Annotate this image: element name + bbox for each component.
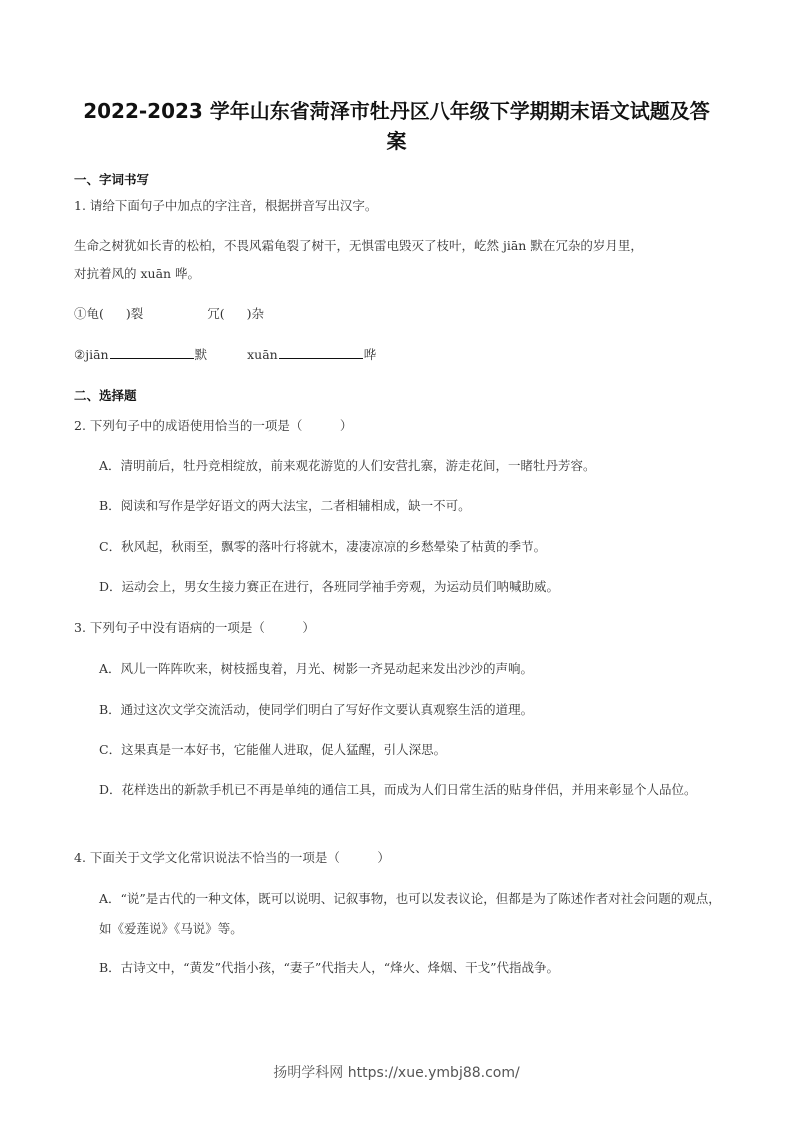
question-2-option-b: B．阅读和写作是学好语文的两大法宝，二者相辅相成，缺一不可。 (99, 498, 471, 514)
section-heading-1: 一、字词书写 (74, 170, 149, 188)
question-text: 下面关于文学文化常识说法不恰当的一项是（ ） (90, 850, 390, 865)
question-2-option-d: D．运动会上，男女生接力赛正在进行，各班同学袖手旁观，为运动员们呐喊助威。 (99, 579, 559, 595)
question-text: 请给下面句子中加点的字注音，根据拼音写出汉字。 (90, 198, 378, 213)
section-heading-2: 二、选择题 (74, 386, 137, 404)
question-3-option-b: B．通过这次文学交流活动，使同学们明白了写好作文要认真观察生活的道理。 (99, 702, 533, 718)
sub2-after: 默 (195, 347, 208, 362)
question-text: 下列句子中的成语使用恰当的一项是（ ） (90, 418, 353, 433)
question-3-option-a: A．风儿一阵阵吹来，树枝摇曳着，月光、树影一齐晃动起来发出沙沙的声响。 (99, 661, 533, 677)
sub1-label: ①龟( (74, 306, 104, 321)
question-number: 1. (74, 198, 86, 213)
question-3-option-d: D．花样迭出的新款手机已不再是单纯的通信工具，而成为人们日常生活的贴身伴侣，并用… (99, 775, 724, 805)
question-text: 下列句子中没有语病的一项是（ ） (90, 620, 315, 635)
title-line-2: 案 (70, 126, 723, 156)
question-number: 2. (74, 418, 86, 433)
question-2-option-a: A．清明前后，牡丹竞相绽放，前来观花游览的人们安营扎寨，游走花间，一睹牡丹芳容。 (99, 458, 596, 474)
question-1-passage-line-2: 对抗着风的 xuān 哗。 (74, 266, 200, 282)
question-number: 4. (74, 850, 86, 865)
sub2-label: ②jiān (74, 347, 109, 362)
question-4-option-b: B．古诗文中，“黄发”代指小孩，“妻子”代指夫人，“烽火、烽烟、干戈”代指战争。 (99, 960, 559, 976)
question-4-stem: 4. 下面关于文学文化常识说法不恰当的一项是（ ） (74, 850, 390, 866)
answer-blank[interactable] (279, 346, 363, 359)
question-3-stem: 3. 下列句子中没有语病的一项是（ ） (74, 620, 315, 636)
question-1-stem: 1. 请给下面句子中加点的字注音，根据拼音写出汉字。 (74, 198, 377, 214)
question-2-stem: 2. 下列句子中的成语使用恰当的一项是（ ） (74, 418, 352, 434)
title-line-1: 2022-2023 学年山东省菏泽市牡丹区八年级下学期期末语文试题及答 (70, 96, 723, 126)
sub1-label-2: 冗( (207, 306, 224, 321)
document-page: 2022-2023 学年山东省菏泽市牡丹区八年级下学期期末语文试题及答 案 一、… (0, 0, 793, 1122)
sub2-label-2: xuān (247, 347, 278, 362)
document-title: 2022-2023 学年山东省菏泽市牡丹区八年级下学期期末语文试题及答 案 (70, 96, 723, 156)
footer-watermark: 扬明学科网 https://xue.ymbj88.com/ (0, 1062, 793, 1082)
question-3-option-c: C．这果真是一本好书，它能催人进取，促人猛醒，引人深思。 (99, 742, 446, 758)
sub2-after-2: 哗 (364, 347, 377, 362)
question-1-passage-line-1: 生命之树犹如长青的松柏，不畏风霜龟裂了树干，无惧雷电毁灭了枝叶，屹然 jiān … (74, 238, 643, 254)
question-number: 3. (74, 620, 86, 635)
question-2-option-c: C．秋风起，秋雨至，飘零的落叶行将就木，凄凄凉凉的乡愁晕染了枯黄的季节。 (99, 539, 546, 555)
question-1-sub-2: ②jiān默xuān哗 (74, 346, 376, 363)
question-1-sub-1: ①龟()裂冗()杂 (74, 306, 264, 322)
answer-blank[interactable] (110, 346, 194, 359)
question-4-option-a: A．“说”是古代的一种文体，既可以说明、记叙事物，也可以发表议论，但都是为了陈述… (99, 884, 724, 944)
sub1-close-2: )杂 (247, 306, 264, 321)
sub1-close: )裂 (126, 306, 143, 321)
